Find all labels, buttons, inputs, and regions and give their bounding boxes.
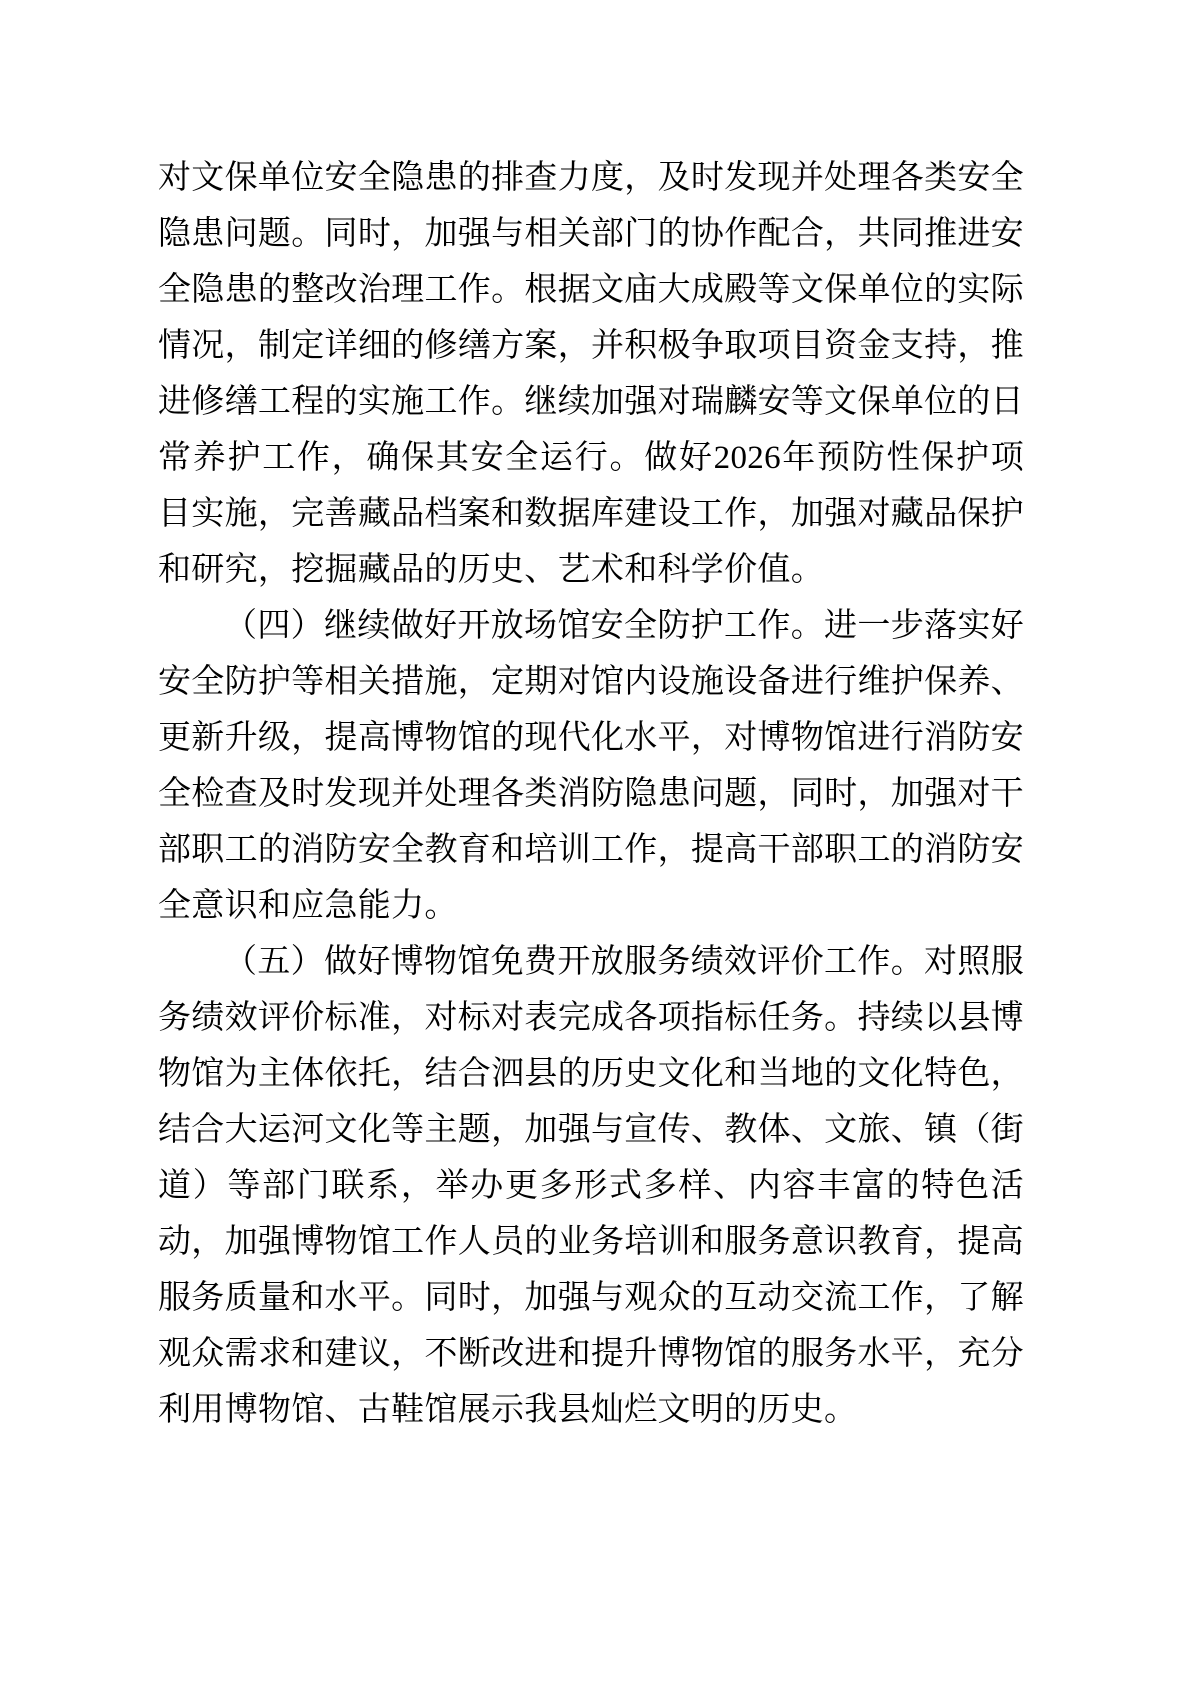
- document-page: 对文保单位安全隐患的排查力度，及时发现并处理各类安全隐患问题。同时，加强与相关部…: [0, 0, 1190, 1684]
- paragraph-continuation: 对文保单位安全隐患的排查力度，及时发现并处理各类安全隐患问题。同时，加强与相关部…: [158, 150, 1024, 598]
- document-body: 对文保单位安全隐患的排查力度，及时发现并处理各类安全隐患问题。同时，加强与相关部…: [158, 150, 1024, 1438]
- paragraph-item-five: （五）做好博物馆免费开放服务绩效评价工作。对照服务绩效评价标准，对标对表完成各项…: [158, 934, 1024, 1438]
- paragraph-item-four: （四）继续做好开放场馆安全防护工作。进一步落实好安全防护等相关措施，定期对馆内设…: [158, 598, 1024, 934]
